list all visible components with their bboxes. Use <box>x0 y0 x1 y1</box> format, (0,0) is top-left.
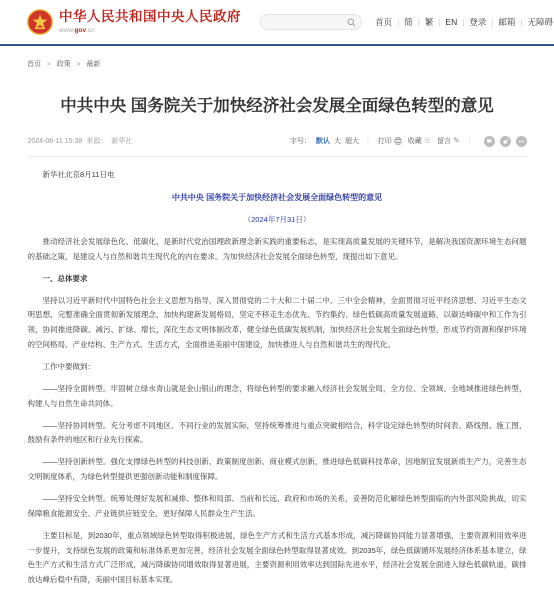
top-nav: 首页| 简| 繁| EN| 登录| 邮箱| 无障碍 <box>374 16 554 28</box>
fontsize-large-button[interactable]: 大 <box>334 136 341 146</box>
breadcrumb-latest[interactable]: 最新 <box>86 61 100 68</box>
more-share-icon[interactable] <box>516 136 527 147</box>
nav-login[interactable]: 登录 <box>468 16 487 28</box>
nav-traditional[interactable]: 繁 <box>424 16 435 28</box>
search-box <box>260 14 362 30</box>
nav-separator: | <box>487 18 497 27</box>
article-paragraph: ——坚持创新转型。强化支撑绿色转型的科技创新、政策制度创新、商业模式创新，推进绿… <box>28 455 527 484</box>
meta-right: 字号： 默认 大 超大 | 打印 收藏 ☆ 留言 ✎ | <box>290 136 527 147</box>
fontsize-label: 字号： <box>290 136 311 146</box>
source-label: 来源： <box>86 136 107 146</box>
article-paragraph: 工作中要做到： <box>28 360 527 375</box>
breadcrumb: 首页 > 政策 > 最新 <box>27 59 554 69</box>
star-icon: ☆ <box>424 137 431 145</box>
nav-accessibility[interactable]: 无障碍 <box>526 16 554 28</box>
nav-separator: | <box>414 18 424 27</box>
article-paragraph: 推动经济社会发展绿色化、低碳化，是新时代党治国理政新理念新实践的重要标志，是实现… <box>28 235 527 264</box>
article-paragraph: ——坚持协同转型。充分考虑不同地区、不同行业的发展实际，坚持统筹推进与重点突破相… <box>28 419 527 448</box>
site-logo[interactable]: 中华人民共和国中央人民政府 www.gov.cn <box>27 9 241 35</box>
meta-separator: | <box>469 138 471 145</box>
breadcrumb-home[interactable]: 首页 <box>27 61 41 68</box>
pencil-icon: ✎ <box>453 137 460 145</box>
article-dateline: 新华社北京8月11日电 <box>28 168 527 183</box>
meta-divider <box>28 156 527 157</box>
favorite-label: 收藏 <box>408 136 422 146</box>
comment-button[interactable]: 留言 ✎ <box>437 136 460 146</box>
site-header: 中华人民共和国中央人民政府 www.gov.cn 首页| 简| 繁| EN| 登… <box>0 0 554 46</box>
meta-left: 2024-08-11 15:38 来源： 新华社 <box>28 136 133 146</box>
nav-separator: | <box>434 18 444 27</box>
nav-separator: | <box>393 18 403 27</box>
site-title: 中华人民共和国中央人民政府 <box>59 10 241 25</box>
article-paragraph: ——坚持全面转型。牢固树立绿水青山就是金山银山的理念，将绿色转型的要求融入经济社… <box>28 382 527 411</box>
print-button[interactable]: 打印 <box>378 136 402 146</box>
meta-separator: | <box>367 138 369 145</box>
document-date: （2024年7月31日） <box>28 213 527 228</box>
breadcrumb-separator: > <box>73 61 85 68</box>
article-paragraph: ——坚持安全转型。统筹处理好发展和减排、整体和局部、当前和长远、政府和市场的关系… <box>28 492 527 521</box>
printer-icon <box>394 137 402 145</box>
share-group <box>479 136 527 147</box>
search-icon[interactable] <box>347 18 356 27</box>
comment-label: 留言 <box>437 136 451 146</box>
fontsize-xlarge-button[interactable]: 超大 <box>345 136 359 146</box>
logo-text: 中华人民共和国中央人民政府 www.gov.cn <box>59 10 241 34</box>
site-url-prefix: www. <box>59 27 75 34</box>
nav-separator: | <box>516 18 526 27</box>
breadcrumb-policy[interactable]: 政策 <box>57 61 71 68</box>
nav-simplified[interactable]: 简 <box>403 16 414 28</box>
publish-datetime: 2024-08-11 15:38 <box>28 138 83 145</box>
source-link[interactable]: 新华社 <box>111 136 132 146</box>
section-heading: 一、总体要求 <box>28 272 527 287</box>
favorite-button[interactable]: 收藏 ☆ <box>408 136 431 146</box>
search-input[interactable] <box>269 18 347 27</box>
page-title: 中共中央 国务院关于加快经济社会发展全面绿色转型的意见 <box>40 94 514 120</box>
document-title: 中共中央 国务院关于加快经济社会发展全面绿色转型的意见 <box>28 190 527 206</box>
breadcrumb-separator: > <box>43 61 55 68</box>
fontsize-default-button[interactable]: 默认 <box>316 136 330 146</box>
article-paragraph: 坚持以习近平新时代中国特色社会主义思想为指导，深入贯彻党的二十大和二十届二中、三… <box>28 294 527 353</box>
weibo-share-icon[interactable] <box>500 136 511 147</box>
nav-mail[interactable]: 邮箱 <box>497 16 516 28</box>
print-label: 打印 <box>378 136 392 146</box>
article-body: 新华社北京8月11日电 中共中央 国务院关于加快经济社会发展全面绿色转型的意见 … <box>28 168 527 588</box>
national-emblem-icon <box>27 9 53 35</box>
nav-home[interactable]: 首页 <box>374 16 393 28</box>
nav-separator: | <box>458 18 468 27</box>
article-paragraph: 主要目标是，到2030年，重点领域绿色转型取得积极进展，绿色生产方式和生活方式基… <box>28 529 527 588</box>
site-url-gov: gov <box>75 27 87 34</box>
nav-english[interactable]: EN <box>444 17 458 27</box>
wechat-share-icon[interactable] <box>484 136 495 147</box>
site-url-suffix: .cn <box>86 27 95 34</box>
site-url: www.gov.cn <box>59 27 241 34</box>
meta-row: 2024-08-11 15:38 来源： 新华社 字号： 默认 大 超大 | 打… <box>28 136 527 147</box>
